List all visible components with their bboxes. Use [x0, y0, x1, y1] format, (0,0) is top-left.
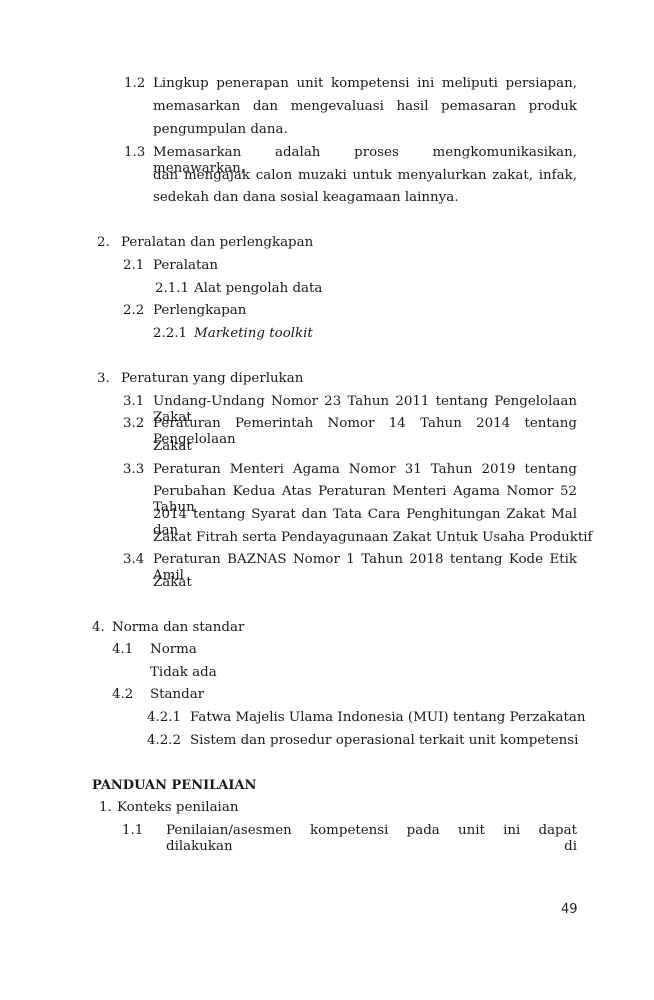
item-text-line: dan mengajak calon muzaki untuk menyalur…: [153, 168, 577, 184]
subitem-number: 4.2.2: [147, 733, 181, 749]
item-text-line: Penilaian/asesmen kompetensi pada unit i…: [166, 823, 577, 855]
section-number: 2.: [97, 235, 110, 251]
subitem-number: 2.1.1: [155, 281, 189, 297]
subitem-label: Marketing toolkit: [194, 326, 313, 342]
item-number: 3.3: [123, 462, 144, 478]
item-label: Peralatan: [153, 258, 218, 274]
section-title: Peraturan yang diperlukan: [121, 371, 303, 387]
item-number: 3.4: [123, 552, 144, 568]
item-text-line: sedekah dan dana sosial keagamaan lainny…: [153, 190, 458, 206]
section-title: Peralatan dan perlengkapan: [121, 235, 313, 251]
item-text-line: Lingkup penerapan unit kompetensi ini me…: [153, 76, 577, 92]
item-text-line: Zakat: [153, 575, 192, 591]
section-number: 4.: [92, 620, 105, 636]
item-text-line: pengumpulan dana.: [153, 122, 288, 138]
subitem-number: 2.2.1: [153, 326, 187, 342]
section-number: 3.: [97, 371, 110, 387]
item-text-line: Peraturan Menteri Agama Nomor 31 Tahun 2…: [153, 462, 577, 478]
item-label: Norma: [150, 642, 197, 658]
item-number: 3.1: [123, 394, 144, 410]
subitem-label: Alat pengolah data: [194, 281, 322, 297]
item-number: 4.1: [112, 642, 133, 658]
section-title: Norma dan standar: [112, 620, 244, 636]
item-number: 1.3: [124, 145, 145, 161]
item-number: 2.2: [123, 303, 144, 319]
item-text-line: Zakat: [153, 439, 192, 455]
item-text-line: Peraturan Pemerintah Nomor 14 Tahun 2014…: [153, 416, 577, 448]
item-text-line: Zakat Fitrah serta Pendayagunaan Zakat U…: [153, 530, 593, 546]
item-number: 1.2: [124, 76, 145, 92]
item-label: Perlengkapan: [153, 303, 246, 319]
subitem-label: Sistem dan prosedur operasional terkait …: [190, 733, 578, 749]
item-number: 1.1: [122, 823, 143, 839]
item-number: 4.2: [112, 687, 133, 703]
section-number: 1.: [99, 800, 112, 816]
item-text-line: memasarkan dan mengevaluasi hasil pemasa…: [153, 99, 577, 115]
item-number: 2.1: [123, 258, 144, 274]
item-number: 3.2: [123, 416, 144, 432]
item-note: Tidak ada: [150, 665, 217, 681]
page-number: 49: [561, 902, 578, 917]
subitem-number: 4.2.1: [147, 710, 181, 726]
item-text-line: Peraturan BAZNAS Nomor 1 Tahun 2018 tent…: [153, 552, 577, 584]
section-heading: PANDUAN PENILAIAN: [92, 778, 256, 794]
item-label: Standar: [150, 687, 204, 703]
subitem-label: Fatwa Majelis Ulama Indonesia (MUI) tent…: [190, 710, 586, 726]
section-title: Konteks penilaian: [117, 800, 238, 816]
